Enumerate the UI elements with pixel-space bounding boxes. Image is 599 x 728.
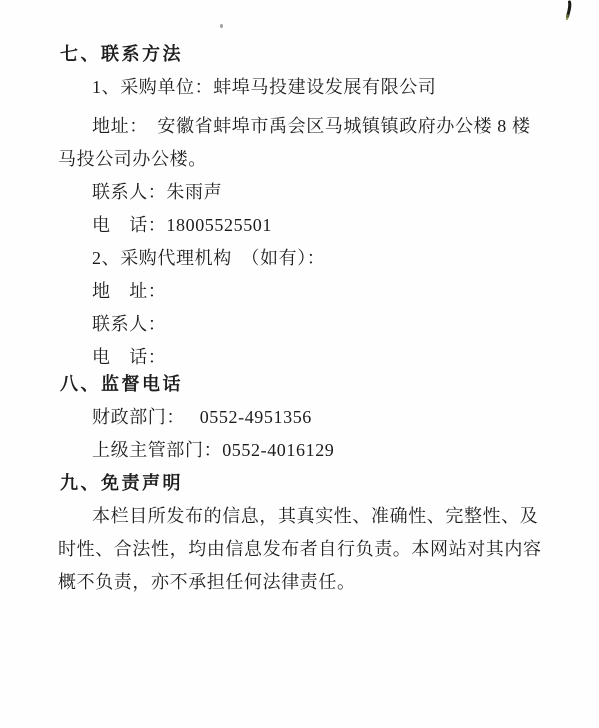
disclaimer-line-1: 本栏目所发布的信息，其真实性、准确性、完整性、及 [92, 500, 599, 533]
heading-supervision-phone: 八、监督电话 [60, 368, 599, 401]
pen-mark-icon [559, 0, 575, 26]
line-agency: 2、采购代理机构 （如有）： [92, 242, 599, 275]
line-contact-phone: 电 话：18005525501 [92, 209, 599, 242]
scan-speck [220, 24, 223, 28]
line-purchaser-address-1: 地址： 安徽省蚌埠市禹会区马城镇镇政府办公楼 8 楼 [92, 110, 599, 143]
line-contact-person: 联系人：朱雨声 [92, 176, 599, 209]
heading-contact-methods: 七、联系方法 [60, 38, 599, 71]
line-superior-dept-phone: 上级主管部门：0552-4016129 [92, 434, 599, 467]
line-purchaser: 1、采购单位：蚌埠马投建设发展有限公司 [92, 71, 599, 104]
heading-disclaimer: 九、免责声明 [60, 467, 599, 500]
document-page: 七、联系方法 1、采购单位：蚌埠马投建设发展有限公司 地址： 安徽省蚌埠市禹会区… [0, 0, 599, 728]
line-agency-contact: 联系人： [92, 308, 599, 341]
line-purchaser-address-2: 马投公司办公楼。 [58, 143, 599, 176]
line-agency-address: 地 址： [92, 275, 599, 308]
disclaimer-line-3: 概不负责，亦不承担任何法律责任。 [58, 566, 599, 599]
disclaimer-line-2: 时性、合法性，均由信息发布者自行负责。本网站对其内容 [58, 533, 599, 566]
line-finance-dept-phone: 财政部门： 0552-4951356 [92, 401, 599, 434]
